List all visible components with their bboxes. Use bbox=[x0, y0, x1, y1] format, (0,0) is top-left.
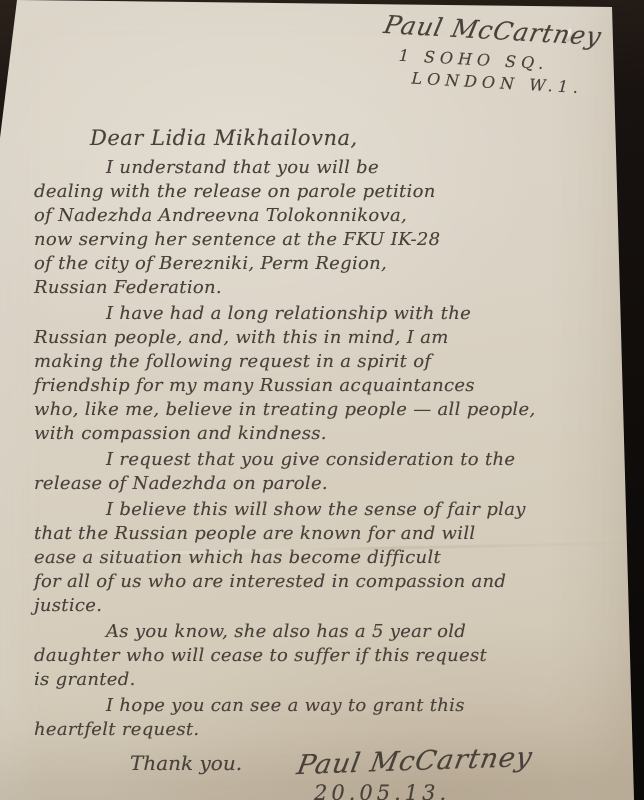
paragraph-1: I understand that you will be dealing wi… bbox=[34, 156, 612, 300]
signature: Paul McCartney bbox=[295, 742, 536, 781]
letter-paper: Paul McCartney 1 SOHO SQ. LONDON W.1. De… bbox=[0, 0, 644, 800]
paragraph-4: I believe this will show the sense of fa… bbox=[34, 498, 612, 618]
letter-photo: Paul McCartney 1 SOHO SQ. LONDON W.1. De… bbox=[0, 0, 644, 800]
letterhead-name: Paul McCartney bbox=[381, 10, 604, 51]
closing-thanks: Thank you. bbox=[130, 751, 242, 775]
date: 20.05.13. bbox=[314, 781, 616, 800]
closing-row: Thank you. Paul McCartney bbox=[130, 746, 616, 777]
paragraph-6: I hope you can see a way to grant this h… bbox=[34, 694, 612, 742]
letterhead: Paul McCartney 1 SOHO SQ. LONDON W.1. bbox=[381, 10, 602, 98]
paragraph-3: I request that you give consideration to… bbox=[34, 448, 612, 496]
salutation: Dear Lidia Mikhailovna, bbox=[90, 126, 616, 150]
paragraph-5: As you know, she also has a 5 year old d… bbox=[34, 620, 612, 692]
paragraph-2: I have had a long relationship with the … bbox=[34, 302, 612, 446]
